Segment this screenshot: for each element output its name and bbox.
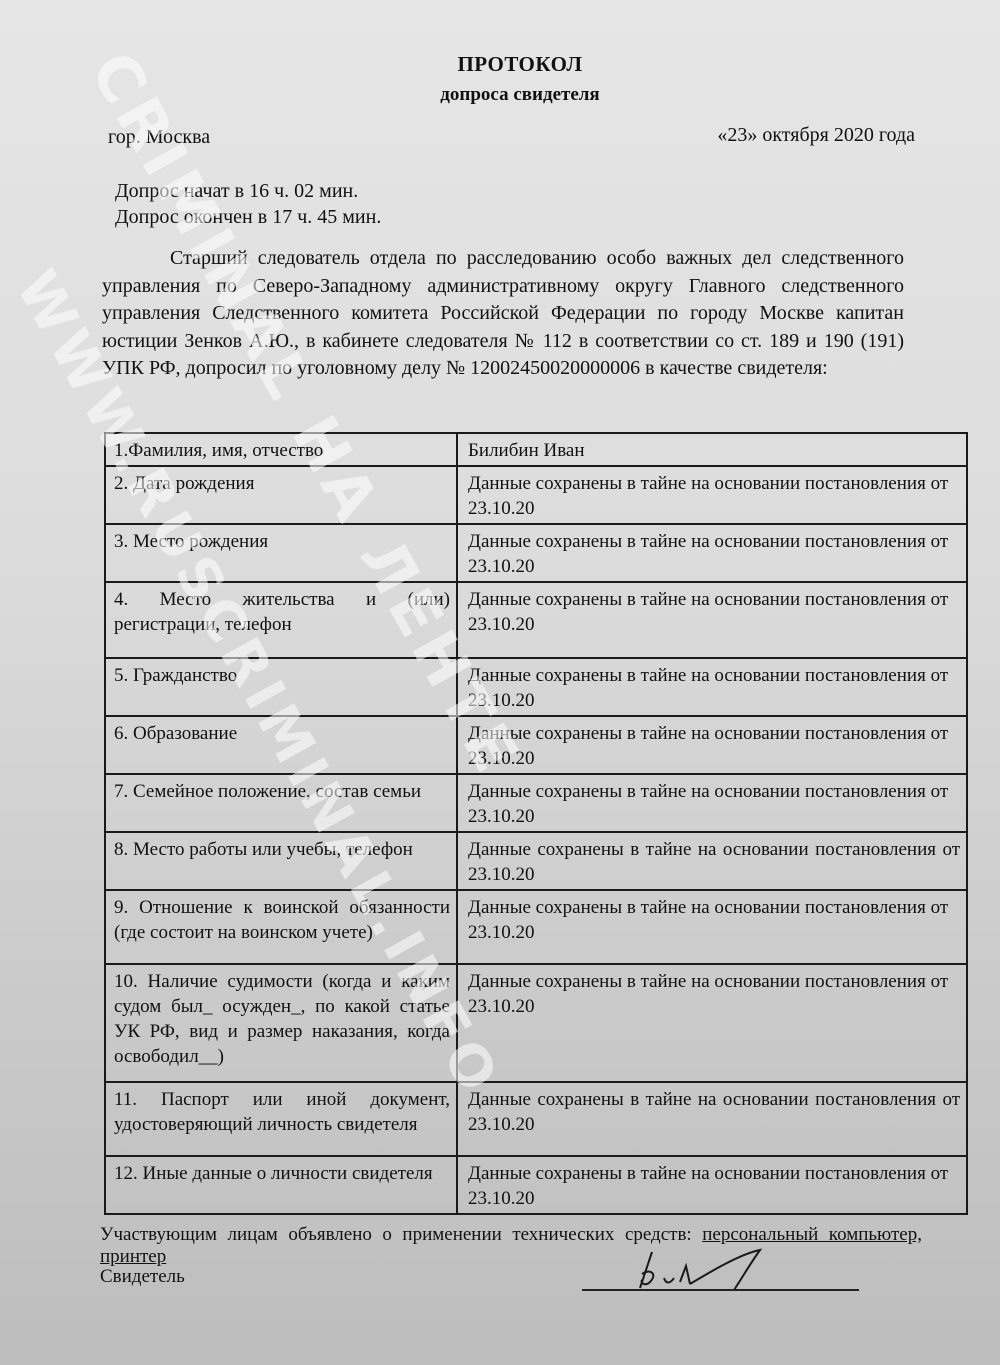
table-row: 3. Место рожденияДанные сохранены в тайн… [105, 524, 967, 582]
field-value: Данные сохранены в тайне на основании по… [457, 1082, 967, 1156]
document-title: ПРОТОКОЛ [0, 52, 1000, 77]
document-date: «23» октября 2020 года [717, 124, 915, 147]
field-value: Данные сохранены в тайне на основании по… [457, 832, 967, 890]
table-row: 11. Паспорт или иной документ, удостовер… [105, 1082, 967, 1156]
technical-means-prefix: Участвующим лицам объявлено о применении… [100, 1224, 692, 1245]
table-row: 7. Семейное положение, состав семьиДанны… [105, 774, 967, 832]
table-row: 9. Отношение к воинской обязанности (где… [105, 890, 967, 964]
field-value: Билибин Иван [457, 433, 967, 466]
interrogation-start: Допрос начат в 16 ч. 02 мин. [115, 180, 358, 203]
field-label: 6. Образование [105, 716, 457, 774]
field-value: Данные сохранены в тайне на основании по… [457, 964, 967, 1082]
field-value: Данные сохранены в тайне на основании по… [457, 658, 967, 716]
table-row: 6. ОбразованиеДанные сохранены в тайне н… [105, 716, 967, 774]
interrogation-end: Допрос окончен в 17 ч. 45 мин. [115, 206, 381, 229]
field-value: Данные сохранены в тайне на основании по… [457, 774, 967, 832]
field-value: Данные сохранены в тайне на основании по… [457, 524, 967, 582]
signature-line [582, 1289, 859, 1291]
intro-paragraph: Старший следователь отдела по расследова… [102, 245, 904, 383]
field-label: 5. Гражданство [105, 658, 457, 716]
field-value: Данные сохранены в тайне на основании по… [457, 582, 967, 658]
field-value: Данные сохранены в тайне на основании по… [457, 716, 967, 774]
field-label: 8. Место работы или учебы, телефон [105, 832, 457, 890]
witness-data-table: 1.Фамилия, имя, отчествоБилибин Иван2. Д… [104, 432, 968, 1215]
field-value: Данные сохранены в тайне на основании по… [457, 466, 967, 524]
table-row: 1.Фамилия, имя, отчествоБилибин Иван [105, 433, 967, 466]
field-label: 9. Отношение к воинской обязанности (где… [105, 890, 457, 964]
field-value: Данные сохранены в тайне на основании по… [457, 1156, 967, 1214]
field-label: 3. Место рождения [105, 524, 457, 582]
field-label: 11. Паспорт или иной документ, удостовер… [105, 1082, 457, 1156]
table-row: 2. Дата рожденияДанные сохранены в тайне… [105, 466, 967, 524]
table-row: 8. Место работы или учебы, телефонДанные… [105, 832, 967, 890]
field-label: 10. Наличие судимости (когда и каким суд… [105, 964, 457, 1082]
field-label: 2. Дата рождения [105, 466, 457, 524]
city: гор. Москва [108, 126, 210, 149]
signature-icon [630, 1244, 800, 1294]
field-label: 7. Семейное положение, состав семьи [105, 774, 457, 832]
field-label: 12. Иные данные о личности свидетеля [105, 1156, 457, 1214]
table-row: 12. Иные данные о личности свидетеляДанн… [105, 1156, 967, 1214]
document-page: ПРОТОКОЛ допроса свидетеля гор. Москва «… [0, 0, 1000, 1365]
table-row: 10. Наличие судимости (когда и каким суд… [105, 964, 967, 1082]
table-row: 4. Место жительства и (или) регистрации,… [105, 582, 967, 658]
field-value: Данные сохранены в тайне на основании по… [457, 890, 967, 964]
field-label: 1.Фамилия, имя, отчество [105, 433, 457, 466]
document-subtitle: допроса свидетеля [0, 84, 1000, 106]
table-row: 5. ГражданствоДанные сохранены в тайне н… [105, 658, 967, 716]
field-label: 4. Место жительства и (или) регистрации,… [105, 582, 457, 658]
witness-label: Свидетель [100, 1266, 185, 1288]
